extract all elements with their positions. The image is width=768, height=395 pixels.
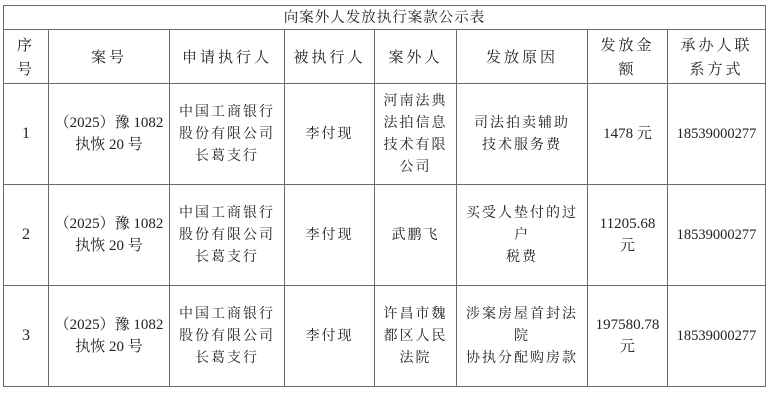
cell-case-no: （2025）豫 1082 执恢 20 号 [49, 286, 170, 387]
outsider-line: 许昌市魏 [379, 303, 452, 325]
header-amount: 发放金额 [588, 30, 668, 84]
header-outsider: 案外人 [375, 30, 457, 84]
header-contact: 承办人联 系方式 [668, 30, 766, 84]
table-row: 3 （2025）豫 1082 执恢 20 号 中国工商银行 股份有限公司 长葛支… [4, 286, 766, 387]
cell-case-no: （2025）豫 1082 执恢 20 号 [49, 84, 170, 185]
cell-reason: 买受人垫付的过户 税费 [457, 185, 588, 286]
amount-line: 11205.68 [592, 213, 663, 235]
cell-contact: 18539000277 [668, 286, 766, 387]
reason-line: 司法拍卖辅助 [461, 112, 583, 134]
outsider-line: 公司 [379, 156, 452, 178]
reason-line: 涉案房屋首封法院 [461, 303, 583, 347]
table-row: 2 （2025）豫 1082 执恢 20 号 中国工商银行 股份有限公司 长葛支… [4, 185, 766, 286]
table-row: 1 （2025）豫 1082 执恢 20 号 中国工商银行 股份有限公司 长葛支… [4, 84, 766, 185]
header-seq-line: 序 [8, 33, 44, 57]
outsider-line: 法拍信息 [379, 112, 452, 134]
amount-line: 197580.78 [592, 314, 663, 336]
case-no-line: （2025）豫 1082 [53, 314, 165, 336]
cell-reason: 司法拍卖辅助 技术服务费 [457, 84, 588, 185]
amount-line: 元 [592, 235, 663, 257]
table-title: 向案外人发放执行案款公示表 [4, 6, 766, 30]
applicant-line: 长葛支行 [174, 145, 280, 167]
applicant-line: 股份有限公司 [174, 325, 280, 347]
cell-amount: 1478 元 [588, 84, 668, 185]
case-no-line: 执恢 20 号 [53, 134, 165, 156]
header-seq-line: 号 [8, 57, 44, 81]
header-row: 序 号 案号 申请执行人 被执行人 案外人 发放原因 发放金额 承办人联 系方式 [4, 30, 766, 84]
cell-respondent: 李付现 [285, 84, 375, 185]
applicant-line: 中国工商银行 [174, 101, 280, 123]
reason-line: 技术服务费 [461, 134, 583, 156]
cell-applicant: 中国工商银行 股份有限公司 长葛支行 [170, 84, 285, 185]
applicant-line: 股份有限公司 [174, 224, 280, 246]
applicant-line: 长葛支行 [174, 246, 280, 268]
cell-applicant: 中国工商银行 股份有限公司 长葛支行 [170, 286, 285, 387]
case-no-line: （2025）豫 1082 [53, 213, 165, 235]
header-applicant: 申请执行人 [170, 30, 285, 84]
amount-line: 1478 元 [592, 123, 663, 145]
outsider-line: 都区人民 [379, 325, 452, 347]
outsider-line: 河南法典 [379, 90, 452, 112]
amount-line: 元 [592, 336, 663, 358]
cell-amount: 197580.78 元 [588, 286, 668, 387]
case-no-line: 执恢 20 号 [53, 336, 165, 358]
header-seq: 序 号 [4, 30, 49, 84]
outsider-line: 法院 [379, 347, 452, 369]
outsider-line: 技术有限 [379, 134, 452, 156]
disbursement-table-container: 向案外人发放执行案款公示表 序 号 案号 申请执行人 被执行人 案外人 发放原因… [3, 5, 765, 387]
header-case-no: 案号 [49, 30, 170, 84]
cell-outsider: 许昌市魏 都区人民 法院 [375, 286, 457, 387]
title-row: 向案外人发放执行案款公示表 [4, 6, 766, 30]
cell-respondent: 李付现 [285, 286, 375, 387]
reason-line: 买受人垫付的过户 [461, 202, 583, 246]
header-contact-line: 承办人联 [672, 33, 761, 57]
cell-outsider: 河南法典 法拍信息 技术有限 公司 [375, 84, 457, 185]
cell-respondent: 李付现 [285, 185, 375, 286]
reason-line: 协执分配购房款 [461, 347, 583, 369]
cell-seq: 3 [4, 286, 49, 387]
applicant-line: 中国工商银行 [174, 202, 280, 224]
applicant-line: 中国工商银行 [174, 303, 280, 325]
header-reason: 发放原因 [457, 30, 588, 84]
applicant-line: 股份有限公司 [174, 123, 280, 145]
cell-applicant: 中国工商银行 股份有限公司 长葛支行 [170, 185, 285, 286]
reason-line: 税费 [461, 246, 583, 268]
disbursement-publicity-table: 向案外人发放执行案款公示表 序 号 案号 申请执行人 被执行人 案外人 发放原因… [3, 5, 766, 387]
case-no-line: 执恢 20 号 [53, 235, 165, 257]
cell-outsider: 武鹏飞 [375, 185, 457, 286]
header-contact-line: 系方式 [672, 57, 761, 81]
header-respondent: 被执行人 [285, 30, 375, 84]
applicant-line: 长葛支行 [174, 347, 280, 369]
outsider-line: 武鹏飞 [379, 224, 452, 246]
cell-seq: 2 [4, 185, 49, 286]
cell-seq: 1 [4, 84, 49, 185]
case-no-line: （2025）豫 1082 [53, 112, 165, 134]
cell-contact: 18539000277 [668, 185, 766, 286]
cell-reason: 涉案房屋首封法院 协执分配购房款 [457, 286, 588, 387]
cell-case-no: （2025）豫 1082 执恢 20 号 [49, 185, 170, 286]
cell-contact: 18539000277 [668, 84, 766, 185]
cell-amount: 11205.68 元 [588, 185, 668, 286]
